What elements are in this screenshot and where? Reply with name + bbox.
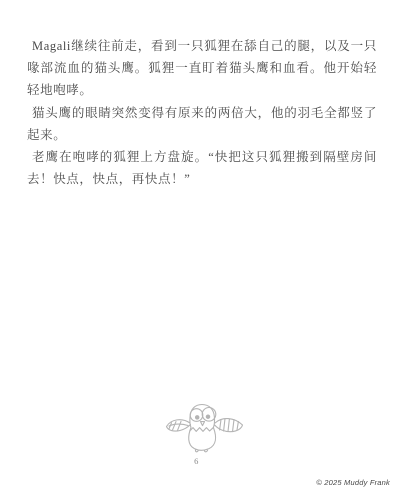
- owl-left-wing-vein: [169, 424, 188, 426]
- copyright-credit: © 2025 Muddy Frank: [316, 478, 390, 487]
- owl-left-pupil: [196, 416, 199, 419]
- paragraph-2: 猫头鹰的眼睛突然变得有原来的两倍大，他的羽毛全都竖了起来。: [27, 102, 377, 146]
- owl-illustration: [158, 392, 253, 462]
- page-number: 6: [0, 456, 393, 466]
- owl-right-pupil: [206, 415, 209, 418]
- owl-beak: [201, 422, 205, 426]
- paragraph-3: 老鹰在咆哮的狐狸上方盘旋。“快把这只狐狸搬到隔壁房间去！快点，快点，再快点！”: [27, 146, 377, 190]
- owl-left-wing-hatch: [169, 421, 181, 430]
- owl-sketch-strokes: [167, 405, 243, 452]
- book-page: Magali继续往前走，看到一只狐狸在舔自己的腿，以及一只喙部流血的猫头鹰。狐狸…: [0, 0, 405, 500]
- paragraph-1: Magali继续往前走，看到一只狐狸在舔自己的腿，以及一只喙部流血的猫头鹰。狐狸…: [27, 35, 377, 102]
- owl-belly-line: [190, 428, 213, 432]
- story-text: Magali继续往前走，看到一只狐狸在舔自己的腿，以及一只喙部流血的猫头鹰。狐狸…: [27, 35, 377, 190]
